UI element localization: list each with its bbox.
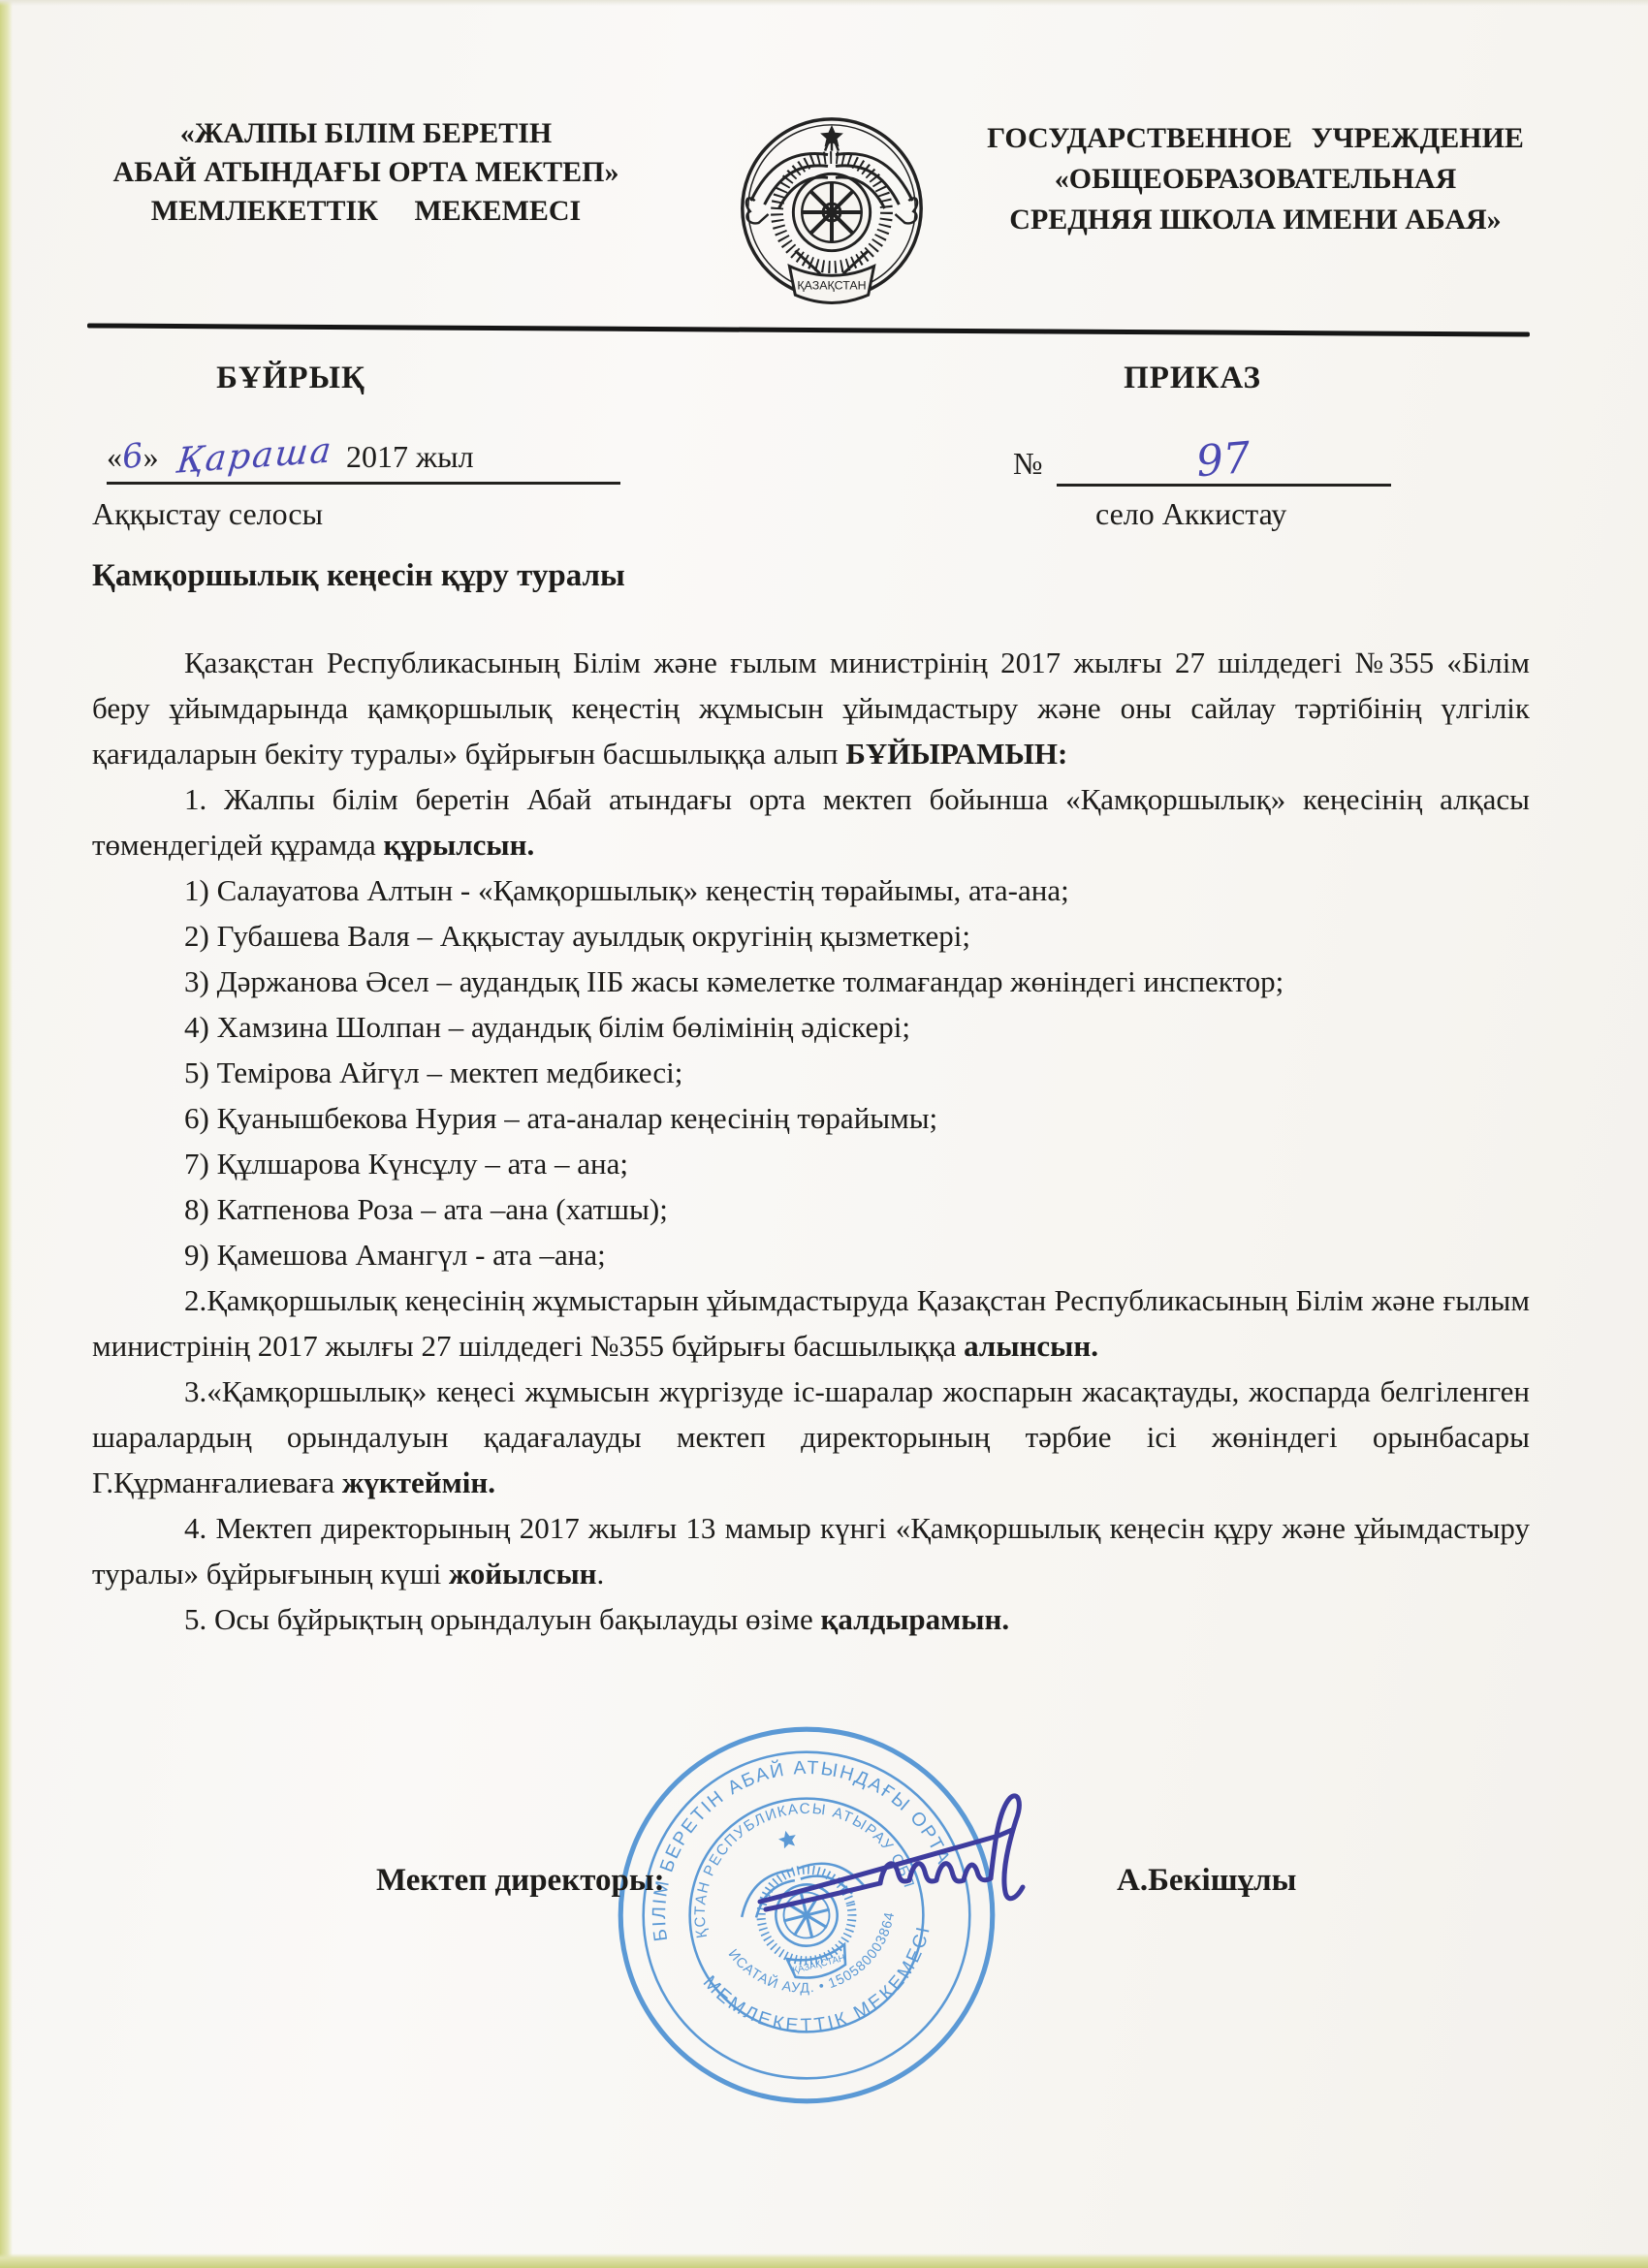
paragraph-text: 1. Жалпы білім беретін Абай атындағы орт… <box>92 782 1530 862</box>
paragraph-text: 4) Хамзина Шолпан – аудандық білім бөлім… <box>184 1010 910 1044</box>
paragraph-text: Қазақстан Республикасының Білім және ғыл… <box>92 646 1530 771</box>
handwritten-day: 6 <box>120 436 145 477</box>
org-name-kazakh-line: МЕМЛЕКЕТТІК МЕКЕМЕСІ <box>92 192 640 231</box>
paragraph-bold-text: алынсын. <box>964 1329 1098 1363</box>
order-number-row: №97 <box>1013 441 1478 487</box>
paragraph: 6) Қуанышбекова Нурия – ата-аналар кеңес… <box>92 1095 1530 1141</box>
quote-open: « <box>107 439 122 474</box>
paragraph-text: 9) Қамешова Амангүл - ата –ана; <box>184 1238 606 1272</box>
scan-edge-left <box>0 0 13 2268</box>
order-date-row: «6»Қараша2017 жыл <box>107 436 708 485</box>
paragraph-bold-text: қалдырамын. <box>821 1602 1010 1636</box>
paragraph-text: 6) Қуанышбекова Нурия – ата-аналар кеңес… <box>184 1101 937 1135</box>
org-name-kazakh: «ЖАЛПЫ БІЛІМ БЕРЕТІН АБАЙ АТЫНДАҒЫ ОРТА … <box>92 114 640 231</box>
handwritten-month: Қараша <box>174 430 334 482</box>
paragraph: 3) Дәржанова Әсел – аудандық ІІБ жасы кә… <box>92 959 1530 1004</box>
org-name-kazakh-line: «ЖАЛПЫ БІЛІМ БЕРЕТІН <box>92 114 640 153</box>
org-name-kazakh-line: АБАЙ АТЫНДАҒЫ ОРТА МЕКТЕП» <box>92 153 640 192</box>
paragraph-bold-text: жойылсын <box>449 1557 597 1591</box>
kazakhstan-coat-of-arms-icon: ҚАЗАҚСТАН <box>719 105 944 326</box>
paragraph-text: 8) Катпенова Роза – ата –ана (хатшы); <box>184 1192 668 1226</box>
scan-edge-bottom <box>0 2253 1648 2268</box>
paragraph: 4) Хамзина Шолпан – аудандық білім бөлім… <box>92 1004 1530 1050</box>
paragraph-text: 2) Губашева Валя – Аққыстау ауылдық окру… <box>184 919 970 953</box>
paragraph: 8) Катпенова Роза – ата –ана (хатшы); <box>92 1186 1530 1232</box>
paragraph-text: 5. Осы бұйрықтың орындалуын бақылауды өз… <box>184 1602 821 1636</box>
paragraph: 3.«Қамқоршылық» кеңесі жұмысын жүргізуде… <box>92 1369 1530 1505</box>
date-year: 2017 жыл <box>346 439 474 474</box>
order-date-line: «6»Қараша2017 жыл <box>107 436 620 485</box>
paragraph: 2.Қамқоршылық кеңесінің жұмыстарын ұйымд… <box>92 1277 1530 1369</box>
paragraph: 9) Қамешова Амангүл - ата –ана; <box>92 1232 1530 1277</box>
director-signature <box>754 1785 1089 1940</box>
paragraph: 7) Құлшарова Күнсұлу – ата – ана; <box>92 1141 1530 1186</box>
paragraph: 1. Жалпы білім беретін Абай атындағы орт… <box>92 776 1530 867</box>
handwritten-number: 97 <box>1194 439 1252 483</box>
paragraph: 5. Осы бұйрықтың орындалуын бақылауды өз… <box>92 1596 1530 1642</box>
paragraph-text: 3.«Қамқоршылық» кеңесі жұмысын жүргізуде… <box>92 1374 1530 1499</box>
paragraph: 1) Салауатова Алтын - «Қамқоршылық» кеңе… <box>92 867 1530 913</box>
paragraph-text: 7) Құлшарова Күнсұлу – ата – ана; <box>184 1147 628 1181</box>
place-russian: село Аккистау <box>1095 496 1286 532</box>
order-number-line: 97 <box>1057 441 1391 487</box>
paragraph: 2) Губашева Валя – Аққыстау ауылдық окру… <box>92 913 1530 959</box>
emblem-caption: ҚАЗАҚСТАН <box>797 278 866 292</box>
paragraph-text: 1) Салауатова Алтын - «Қамқоршылық» кеңе… <box>184 873 1069 907</box>
paragraph-text: 4. Мектеп директорының 2017 жылғы 13 мам… <box>92 1511 1530 1591</box>
signature-label: Мектеп директоры: <box>376 1863 665 1899</box>
signature-name: А.Бекішұлы <box>1117 1863 1296 1899</box>
paragraph: Қазақстан Республикасының Білім және ғыл… <box>92 640 1530 776</box>
paragraph-text: 2.Қамқоршылық кеңесінің жұмыстарын ұйымд… <box>92 1283 1530 1363</box>
place-kazakh: Аққыстау селосы <box>92 496 323 532</box>
org-name-russian: ГОСУДАРСТВЕННОЕ УЧРЕЖДЕНИЕ «ОБЩЕОБРАЗОВА… <box>935 118 1575 240</box>
paragraph: 5) Темірова Айгүл – мектеп медбикесі; <box>92 1050 1530 1095</box>
body-paragraphs: Қазақстан Республикасының Білім және ғыл… <box>92 640 1530 1642</box>
paragraph-text: 3) Дәржанова Әсел – аудандық ІІБ жасы кә… <box>184 964 1284 998</box>
order-subject-title: Қамқоршылық кеңесін құру туралы <box>92 558 1255 594</box>
order-heading-kazakh: БҰЙРЫҚ <box>145 361 436 396</box>
paragraph-bold-text: жүктеймін. <box>342 1465 495 1499</box>
scanned-order-document: «ЖАЛПЫ БІЛІМ БЕРЕТІН АБАЙ АТЫНДАҒЫ ОРТА … <box>0 0 1648 2268</box>
paragraph-text: . <box>597 1557 605 1591</box>
paragraph-bold-text: БҰЙЫРАМЫН: <box>845 737 1067 771</box>
org-name-russian-line: ГОСУДАРСТВЕННОЕ УЧРЕЖДЕНИЕ <box>935 118 1575 159</box>
paragraph: 4. Мектеп директорының 2017 жылғы 13 мам… <box>92 1505 1530 1596</box>
org-name-russian-line: СРЕДНЯЯ ШКОЛА ИМЕНИ АБАЯ» <box>935 200 1575 240</box>
order-heading-russian: ПРИКАЗ <box>1057 361 1328 396</box>
org-name-russian-line: «ОБЩЕОБРАЗОВАТЕЛЬНАЯ <box>935 159 1575 200</box>
paragraph-text: 5) Темірова Айгүл – мектеп медбикесі; <box>184 1055 682 1089</box>
paragraph-bold-text: құрылсын. <box>383 828 534 862</box>
quote-close: » <box>143 439 159 474</box>
scan-edge-top <box>0 0 1648 6</box>
number-label: № <box>1013 446 1043 481</box>
